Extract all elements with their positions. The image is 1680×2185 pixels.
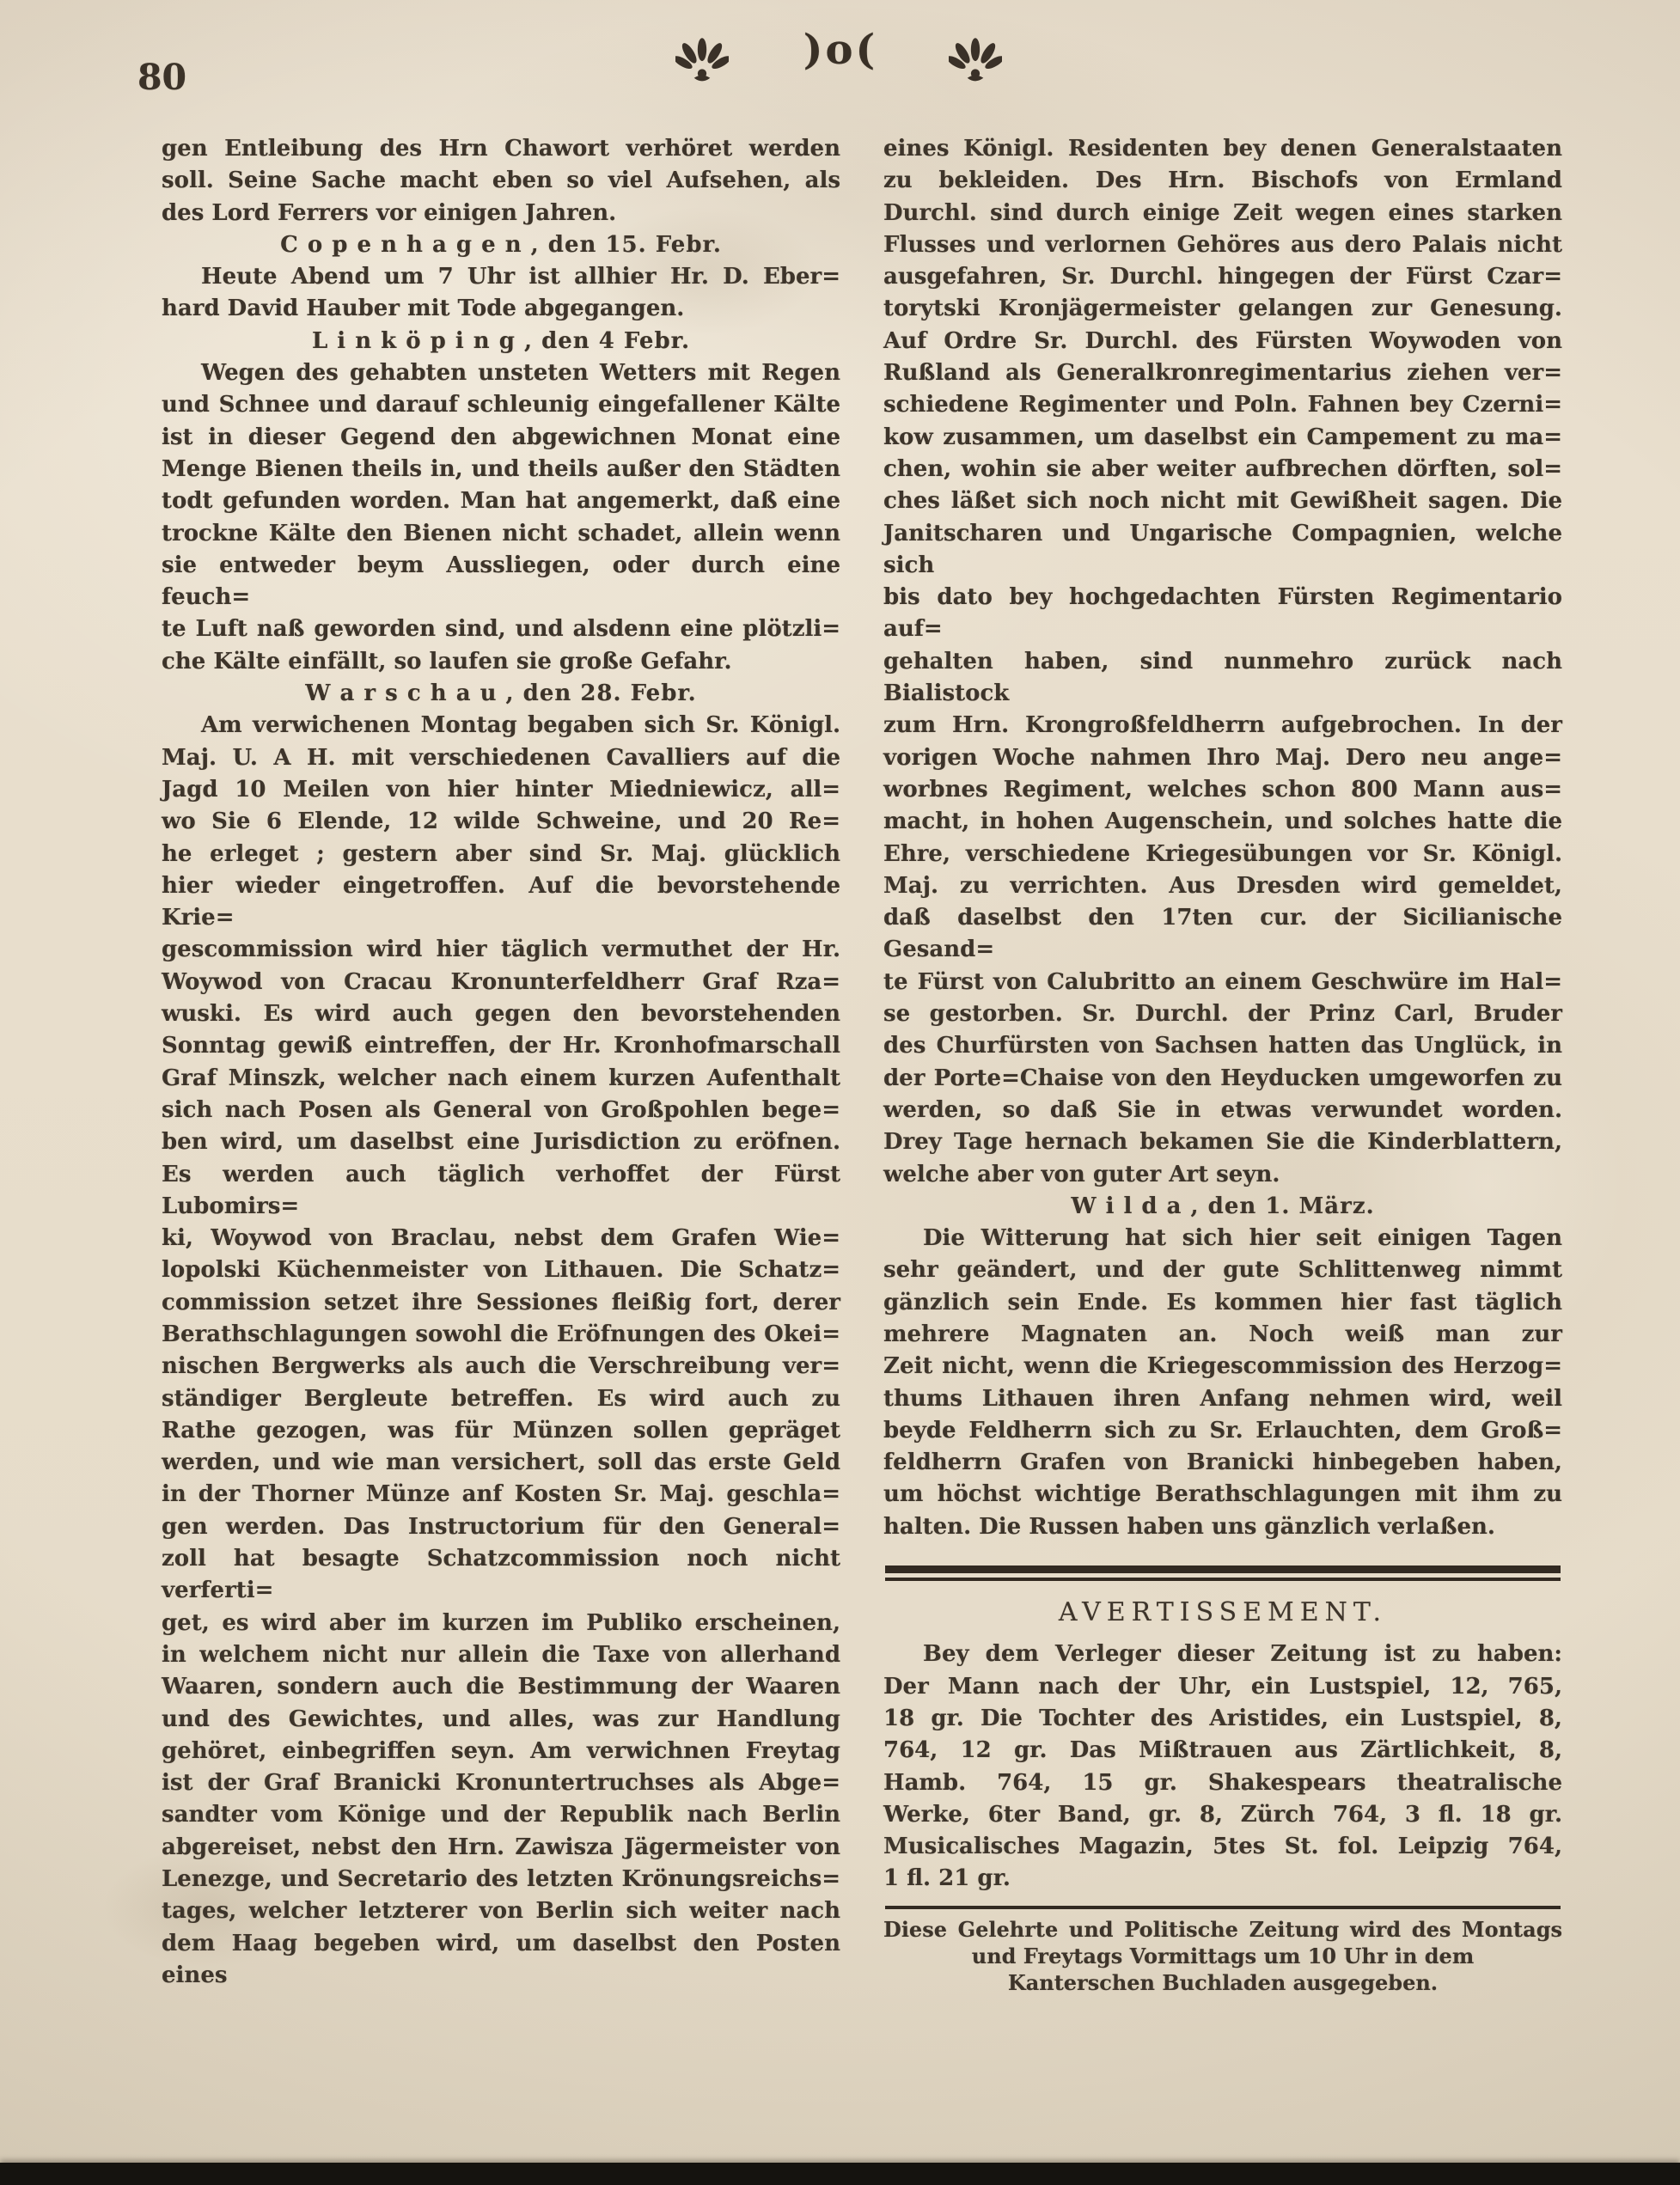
text-line: thums Lithauen ihren Anfang nehmen wird,… xyxy=(883,1383,1562,1415)
text-line: kow zusammen, um daselbst ein Campement … xyxy=(883,422,1562,454)
text-line: 18 gr. Die Tochter des Aristides, ein Lu… xyxy=(883,1703,1562,1735)
text-line: nischen Bergwerks als auch die Verschrei… xyxy=(162,1351,840,1382)
text-line: werden, und wie man versichert, soll das… xyxy=(162,1447,840,1479)
dateline-heading: W i l d a , den 1. März. xyxy=(883,1191,1562,1223)
text-line: ben wird, um daselbst eine Jurisdiction … xyxy=(162,1126,840,1158)
text-line: wo Sie 6 Elende, 12 wilde Schweine, und … xyxy=(162,806,840,838)
dateline-heading: C o p e n h a g e n , den 15. Febr. xyxy=(162,229,840,261)
text-line: Lenezge, und Secretario des letzten Krön… xyxy=(162,1864,840,1895)
text-line: ist der Graf Branicki Kronuntertruchses … xyxy=(162,1767,840,1799)
text-line: lopolski Küchenmeister von Lithauen. Die… xyxy=(162,1254,840,1286)
text-line: sehr geändert, und der gute Schlittenweg… xyxy=(883,1254,1562,1286)
text-line: werden, so daß Sie in etwas verwundet wo… xyxy=(883,1095,1562,1126)
text-line: ständiger Bergleute betreffen. Es wird a… xyxy=(162,1383,840,1415)
text-line: abgereiset, nebst den Hrn. Zawisza Jäger… xyxy=(162,1832,840,1864)
text-line: te Fürst von Calubritto an einem Geschwü… xyxy=(883,967,1562,998)
text-line: gen werden. Das Instructorium für den Ge… xyxy=(162,1511,840,1543)
text-line: ki, Woywod von Braclau, nebst dem Grafen… xyxy=(162,1223,840,1254)
text-line: Sonntag gewiß eintreffen, der Hr. Kronho… xyxy=(162,1030,840,1062)
text-line: he erleget ; gestern aber sind Sr. Maj. … xyxy=(162,839,840,870)
text-line: um höchst wichtige Berathschlagungen mit… xyxy=(883,1479,1562,1511)
text-line: zum Hrn. Krongroßfeldherrn aufgebrochen.… xyxy=(883,710,1562,742)
text-line: feldherrn Grafen von Branicki hinbegeben… xyxy=(883,1447,1562,1479)
text-line: Ehre, verschiedene Kriegesübungen vor Sr… xyxy=(883,839,1562,870)
text-line: gen Entleibung des Hrn Chawort verhöret … xyxy=(162,133,840,165)
text-line: hard David Hauber mit Tode abgegangen. xyxy=(162,293,840,325)
page-number: 80 xyxy=(137,57,186,98)
text-line: und Freytags Vormittags um 10 Uhr in dem xyxy=(883,1943,1562,1969)
text-line: soll. Seine Sache macht eben so viel Auf… xyxy=(162,165,840,197)
separator-rule xyxy=(885,1906,1561,1909)
text-line: 764, 12 gr. Das Mißtrauen aus Zärtlichke… xyxy=(883,1735,1562,1767)
text-line: bis dato bey hochgedachten Fürsten Regim… xyxy=(883,582,1562,646)
text-line: worbnes Regiment, welches schon 800 Mann… xyxy=(883,774,1562,806)
avertissement-heading: AVERTISSEMENT. xyxy=(883,1596,1562,1628)
text-line: Wegen des gehabten unsteten Wetters mit … xyxy=(162,357,840,389)
text-line: Der Mann nach der Uhr, ein Lustspiel, 12… xyxy=(883,1671,1562,1703)
text-line: Waaren, sondern auch die Bestimmung der … xyxy=(162,1671,840,1703)
text-line: zu bekleiden. Des Hrn. Bischofs von Erml… xyxy=(883,165,1562,197)
text-line: 1 fl. 21 gr. xyxy=(883,1863,1562,1895)
text-line: dem Haag begeben wird, um daselbst den P… xyxy=(162,1928,840,1993)
text-line: Flusses und verlornen Gehöres aus dero P… xyxy=(883,229,1562,261)
text-line: torytski Kronjägermeister gelangen zur G… xyxy=(883,293,1562,325)
text-line: des Churfürsten von Sachsen hatten das U… xyxy=(883,1030,1562,1062)
text-line: gehalten haben, sind nunmehro zurück nac… xyxy=(883,646,1562,711)
text-line: sich nach Posen als General von Großpohl… xyxy=(162,1095,840,1126)
text-line: ches läßet sich noch nicht mit Gewißheit… xyxy=(883,485,1562,517)
text-line: gänzlich sein Ende. Es kommen hier fast … xyxy=(883,1287,1562,1319)
text-line: Berathschlagungen sowohl die Eröfnungen … xyxy=(162,1319,840,1351)
shell-ornament-icon xyxy=(949,36,1002,86)
text-line: Diese Gelehrte und Politische Zeitung wi… xyxy=(883,1916,1562,1943)
text-line: in der Thorner Münze anf Kosten Sr. Maj.… xyxy=(162,1479,840,1511)
text-line: und Schnee und darauf schleunig eingefal… xyxy=(162,389,840,421)
text-line: sie entweder beym Aussliegen, oder durch… xyxy=(162,550,840,614)
text-line: Janitscharen und Ungarische Compagnien, … xyxy=(883,518,1562,583)
text-line: beyde Feldherrn sich zu Sr. Erlauchten, … xyxy=(883,1415,1562,1447)
text-line: Es werden auch täglich verhoffet der Für… xyxy=(162,1159,840,1224)
text-line: Drey Tage hernach bekamen Sie die Kinder… xyxy=(883,1126,1562,1158)
text-line: macht, in hohen Augenschein, und solches… xyxy=(883,806,1562,838)
text-line: commission setzet ihre Sessiones fleißig… xyxy=(162,1287,840,1319)
column-left: gen Entleibung des Hrn Chawort verhöret … xyxy=(162,133,840,1992)
text-line: se gestorben. Sr. Durchl. der Prinz Carl… xyxy=(883,998,1562,1030)
scan-edge-band xyxy=(0,2163,1680,2185)
text-line: trockne Kälte den Bienen nicht schadet, … xyxy=(162,518,840,550)
shell-ornament-icon xyxy=(675,36,729,86)
signature-mark: )o( xyxy=(797,26,883,74)
text-line: halten. Die Russen haben uns gänzlich ve… xyxy=(883,1511,1562,1543)
text-line: Werke, 6ter Band, gr. 8, Zürch 764, 3 fl… xyxy=(883,1799,1562,1831)
dateline-heading: W a r s c h a u , den 28. Febr. xyxy=(162,678,840,710)
text-line: get, es wird aber im kurzen im Publiko e… xyxy=(162,1608,840,1639)
newspaper-page-scan: { "page": { "number": "80", "center_mark… xyxy=(0,0,1680,2185)
text-line: Heute Abend um 7 Uhr ist allhier Hr. D. … xyxy=(162,261,840,293)
text-line: Durchl. sind durch einige Zeit wegen ein… xyxy=(883,198,1562,229)
text-line: Zeit nicht, wenn die Kriegescommission d… xyxy=(883,1351,1562,1382)
text-line: ist in dieser Gegend den abgewichnen Mon… xyxy=(162,422,840,454)
text-line: sandter vom Könige und der Republik nach… xyxy=(162,1799,840,1831)
separator-rule xyxy=(885,1566,1561,1581)
text-line: zoll hat besagte Schatzcommission noch n… xyxy=(162,1543,840,1608)
column-right: eines Königl. Residenten bey denen Gener… xyxy=(883,133,1562,1996)
text-line: che Kälte einfällt, so laufen sie große … xyxy=(162,646,840,678)
text-line: vorigen Woche nahmen Ihro Maj. Dero neu … xyxy=(883,742,1562,774)
text-line: hier wieder eingetroffen. Auf die bevors… xyxy=(162,870,840,935)
text-line: gescommission wird hier täglich vermuthe… xyxy=(162,934,840,966)
text-line: gehöret, einbegriffen seyn. Am verwichne… xyxy=(162,1736,840,1767)
text-line: Kanterschen Buchladen ausgegeben. xyxy=(883,1969,1562,1996)
text-line: eines Königl. Residenten bey denen Gener… xyxy=(883,133,1562,165)
text-line: Maj. U. A H. mit verschiedenen Cavallier… xyxy=(162,742,840,774)
text-line: Bey dem Verleger dieser Zeitung ist zu h… xyxy=(883,1639,1562,1670)
text-line: todt gefunden worden. Man hat angemerkt,… xyxy=(162,485,840,517)
text-line: wuski. Es wird auch gegen den bevorstehe… xyxy=(162,998,840,1030)
text-line: und des Gewichtes, und alles, was zur Ha… xyxy=(162,1704,840,1736)
text-line: ausgefahren, Sr. Durchl. hingegen der Fü… xyxy=(883,261,1562,293)
dateline-heading: L i n k ö p i n g , den 4 Febr. xyxy=(162,326,840,357)
text-line: in welchem nicht nur allein die Taxe von… xyxy=(162,1639,840,1671)
text-line: Jagd 10 Meilen von hier hinter Miedniewi… xyxy=(162,774,840,806)
text-line: Rußland als Generalkronregimentarius zie… xyxy=(883,357,1562,389)
text-line: Auf Ordre Sr. Durchl. des Fürsten Woywod… xyxy=(883,326,1562,357)
text-line: welche aber von guter Art seyn. xyxy=(883,1159,1562,1191)
text-line: Rathe gezogen, was für Münzen sollen gep… xyxy=(162,1415,840,1447)
text-line: chen, wohin sie aber weiter aufbrechen d… xyxy=(883,454,1562,485)
text-line: Maj. zu verrichten. Aus Dresden wird gem… xyxy=(883,870,1562,902)
text-line: Menge Bienen theils in, und theils außer… xyxy=(162,454,840,485)
text-line: Am verwichenen Montag begaben sich Sr. K… xyxy=(162,710,840,742)
text-line: Musicalisches Magazin, 5tes St. fol. Lei… xyxy=(883,1831,1562,1863)
text-line: des Lord Ferrers vor einigen Jahren. xyxy=(162,198,840,229)
text-line: Hamb. 764, 15 gr. Shakespears theatralis… xyxy=(883,1767,1562,1799)
text-line: Die Witterung hat sich hier seit einigen… xyxy=(883,1223,1562,1254)
text-line: Woywod von Cracau Kronunterfeldherr Graf… xyxy=(162,967,840,998)
text-line: daß daselbst den 17ten cur. der Sicilian… xyxy=(883,902,1562,967)
text-line: schiedene Regimenter und Poln. Fahnen be… xyxy=(883,389,1562,421)
text-line: te Luft naß geworden sind, und alsdenn e… xyxy=(162,613,840,645)
text-line: tages, welcher letzterer von Berlin sich… xyxy=(162,1895,840,1927)
text-line: mehrere Magnaten an. Noch weiß man zur xyxy=(883,1319,1562,1351)
text-line: der Porte=Chaise von den Heyducken umgew… xyxy=(883,1063,1562,1095)
text-line: Graf Minszk, welcher nach einem kurzen A… xyxy=(162,1063,840,1095)
